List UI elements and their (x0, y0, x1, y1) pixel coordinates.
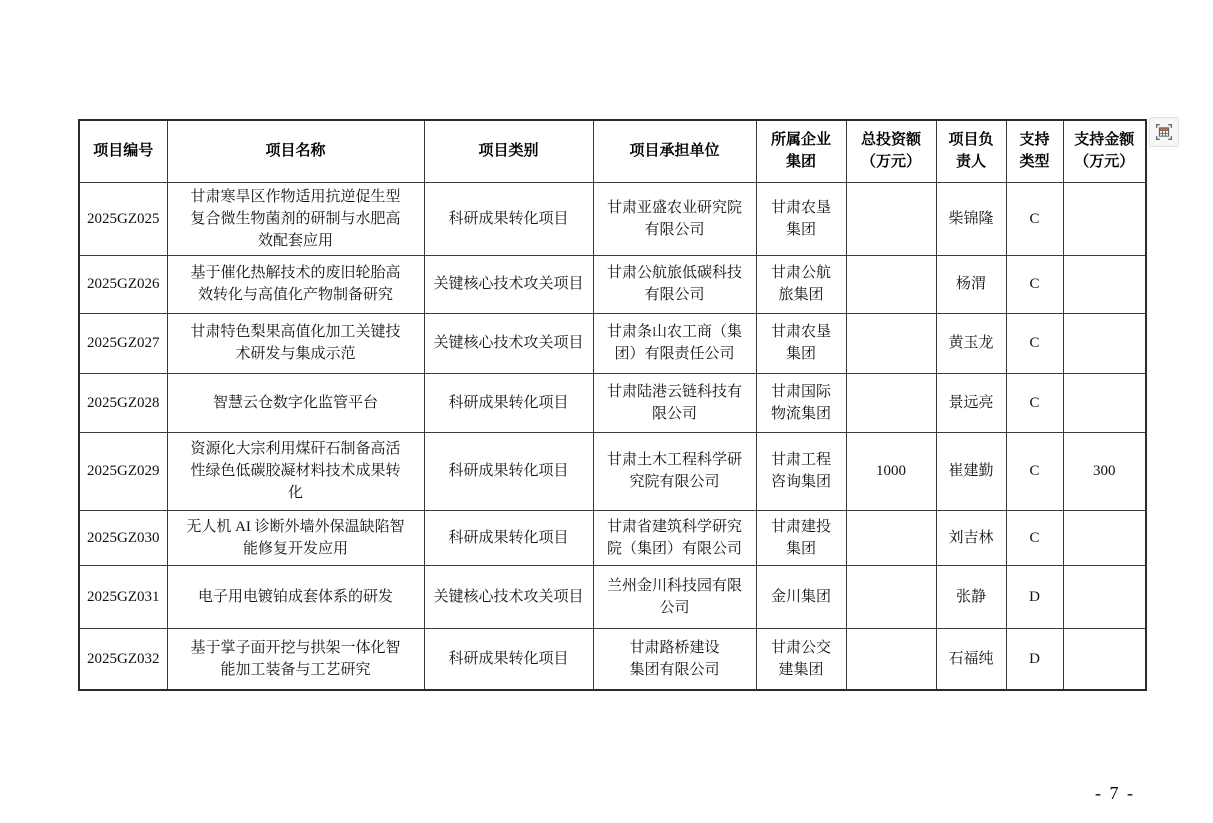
support-type-cell: C (1006, 182, 1063, 255)
project-id-cell: 2025GZ031 (79, 565, 167, 628)
project-name-cell: 基于催化热解技术的废旧轮胎高 效转化与高值化产物制备研究 (167, 255, 424, 313)
header-category: 项目类别 (424, 120, 593, 182)
project-id-cell: 2025GZ029 (79, 432, 167, 510)
project-name-cell: 无人机 AI 诊断外墙外保温缺陷智 能修复开发应用 (167, 510, 424, 565)
unit-cell: 甘肃条山农工商（集 团）有限责任公司 (593, 313, 756, 373)
header-project-name: 项目名称 (167, 120, 424, 182)
table-row: 2025GZ026 基于催化热解技术的废旧轮胎高 效转化与高值化产物制备研究 关… (79, 255, 1146, 313)
project-id-cell: 2025GZ032 (79, 628, 167, 690)
group-cell: 甘肃公交 建集团 (756, 628, 846, 690)
support-amount-cell (1063, 255, 1146, 313)
table-row: 2025GZ025 甘肃寒旱区作物适用抗逆促生型 复合微生物菌剂的研制与水肥高 … (79, 182, 1146, 255)
category-cell: 科研成果转化项目 (424, 510, 593, 565)
category-cell: 关键核心技术攻关项目 (424, 313, 593, 373)
support-type-cell: D (1006, 565, 1063, 628)
group-cell: 金川集团 (756, 565, 846, 628)
support-type-cell: C (1006, 255, 1063, 313)
investment-cell (846, 255, 936, 313)
project-id-cell: 2025GZ028 (79, 373, 167, 432)
project-name-cell: 甘肃特色梨果高值化加工关键技 术研发与集成示范 (167, 313, 424, 373)
unit-cell: 甘肃省建筑科学研究 院（集团）有限公司 (593, 510, 756, 565)
leader-cell: 黄玉龙 (936, 313, 1006, 373)
investment-cell: 1000 (846, 432, 936, 510)
category-cell: 科研成果转化项目 (424, 628, 593, 690)
unit-cell: 甘肃路桥建设 集团有限公司 (593, 628, 756, 690)
investment-cell (846, 628, 936, 690)
support-type-cell: C (1006, 373, 1063, 432)
header-support-amount: 支持金额 （万元） (1063, 120, 1146, 182)
leader-cell: 柴锦隆 (936, 182, 1006, 255)
table-select-icon (1154, 122, 1174, 142)
category-cell: 关键核心技术攻关项目 (424, 255, 593, 313)
table-row: 2025GZ027 甘肃特色梨果高值化加工关键技 术研发与集成示范 关键核心技术… (79, 313, 1146, 373)
investment-cell (846, 373, 936, 432)
header-unit: 项目承担单位 (593, 120, 756, 182)
project-id-cell: 2025GZ026 (79, 255, 167, 313)
category-cell: 科研成果转化项目 (424, 432, 593, 510)
support-amount-cell (1063, 510, 1146, 565)
leader-cell: 杨渭 (936, 255, 1006, 313)
header-leader: 项目负 责人 (936, 120, 1006, 182)
project-name-cell: 资源化大宗利用煤矸石制备高活 性绿色低碳胶凝材料技术成果转 化 (167, 432, 424, 510)
table-row: 2025GZ029 资源化大宗利用煤矸石制备高活 性绿色低碳胶凝材料技术成果转 … (79, 432, 1146, 510)
project-id-cell: 2025GZ025 (79, 182, 167, 255)
group-cell: 甘肃工程 咨询集团 (756, 432, 846, 510)
support-amount-cell (1063, 182, 1146, 255)
projects-table: 项目编号 项目名称 项目类别 项目承担单位 所属企业 集团 总投资额 （万元） … (78, 119, 1147, 691)
group-cell: 甘肃农垦 集团 (756, 313, 846, 373)
investment-cell (846, 565, 936, 628)
unit-cell: 甘肃陆港云链科技有 限公司 (593, 373, 756, 432)
project-name-cell: 电子用电镀铂成套体系的研发 (167, 565, 424, 628)
unit-cell: 甘肃土木工程科学研 究院有限公司 (593, 432, 756, 510)
project-id-cell: 2025GZ027 (79, 313, 167, 373)
support-amount-cell (1063, 313, 1146, 373)
table-select-button[interactable] (1149, 117, 1179, 147)
unit-cell: 甘肃亚盛农业研究院 有限公司 (593, 182, 756, 255)
category-cell: 关键核心技术攻关项目 (424, 565, 593, 628)
support-amount-cell (1063, 565, 1146, 628)
project-name-cell: 基于掌子面开挖与拱架一体化智 能加工装备与工艺研究 (167, 628, 424, 690)
group-cell: 甘肃农垦 集团 (756, 182, 846, 255)
group-cell: 甘肃建投 集团 (756, 510, 846, 565)
investment-cell (846, 182, 936, 255)
table-row: 2025GZ031 电子用电镀铂成套体系的研发 关键核心技术攻关项目 兰州金川科… (79, 565, 1146, 628)
header-row: 项目编号 项目名称 项目类别 项目承担单位 所属企业 集团 总投资额 （万元） … (79, 120, 1146, 182)
header-investment: 总投资额 （万元） (846, 120, 936, 182)
unit-cell: 兰州金川科技园有限 公司 (593, 565, 756, 628)
category-cell: 科研成果转化项目 (424, 373, 593, 432)
support-type-cell: C (1006, 313, 1063, 373)
header-project-id: 项目编号 (79, 120, 167, 182)
header-support-type: 支持 类型 (1006, 120, 1063, 182)
unit-cell: 甘肃公航旅低碳科技 有限公司 (593, 255, 756, 313)
leader-cell: 张静 (936, 565, 1006, 628)
project-name-cell: 智慧云仓数字化监管平台 (167, 373, 424, 432)
investment-cell (846, 313, 936, 373)
project-id-cell: 2025GZ030 (79, 510, 167, 565)
support-type-cell: D (1006, 628, 1063, 690)
support-amount-cell (1063, 628, 1146, 690)
header-group: 所属企业 集团 (756, 120, 846, 182)
leader-cell: 崔建勤 (936, 432, 1006, 510)
project-name-cell: 甘肃寒旱区作物适用抗逆促生型 复合微生物菌剂的研制与水肥高 效配套应用 (167, 182, 424, 255)
page-number: - 7 - (1072, 783, 1158, 804)
group-cell: 甘肃公航 旅集团 (756, 255, 846, 313)
group-cell: 甘肃国际 物流集团 (756, 373, 846, 432)
leader-cell: 刘吉林 (936, 510, 1006, 565)
investment-cell (846, 510, 936, 565)
support-type-cell: C (1006, 432, 1063, 510)
support-amount-cell (1063, 373, 1146, 432)
support-amount-cell: 300 (1063, 432, 1146, 510)
support-type-cell: C (1006, 510, 1063, 565)
category-cell: 科研成果转化项目 (424, 182, 593, 255)
table-row: 2025GZ030 无人机 AI 诊断外墙外保温缺陷智 能修复开发应用 科研成果… (79, 510, 1146, 565)
table-row: 2025GZ032 基于掌子面开挖与拱架一体化智 能加工装备与工艺研究 科研成果… (79, 628, 1146, 690)
leader-cell: 石福纯 (936, 628, 1006, 690)
leader-cell: 景远亮 (936, 373, 1006, 432)
table-row: 2025GZ028 智慧云仓数字化监管平台 科研成果转化项目 甘肃陆港云链科技有… (79, 373, 1146, 432)
